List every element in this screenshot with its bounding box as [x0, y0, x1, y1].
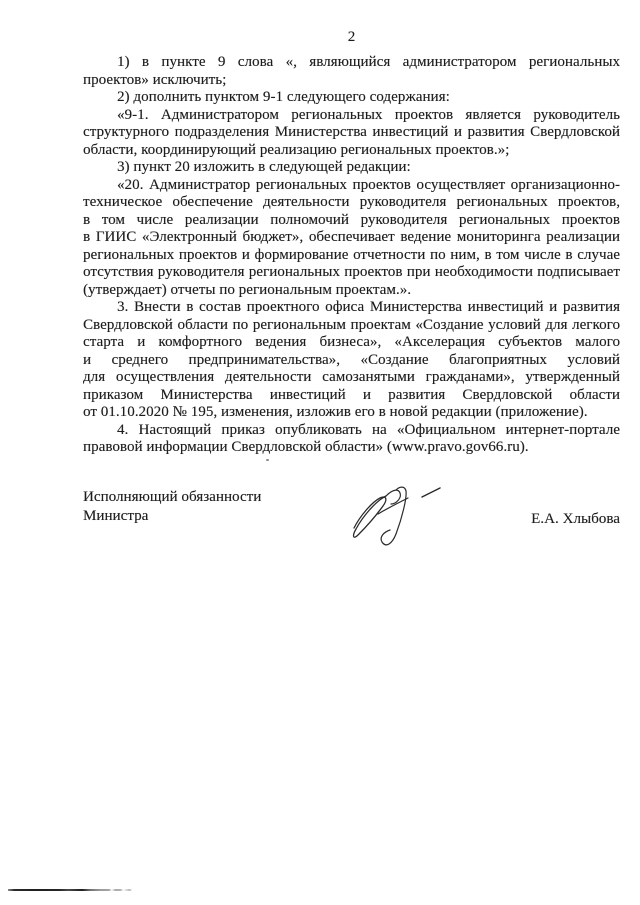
text-line: 4. Настоящий приказ опубликовать на «Офи… [83, 422, 620, 440]
text-line: старта и комфортного ведения бизнеса», «… [83, 334, 620, 352]
text-line: «9-1. Администратором региональных проек… [83, 107, 620, 125]
text-line: региональных проектов и формирование отч… [83, 247, 620, 265]
scan-ink-speck [266, 459, 269, 461]
text-line: в ГИИС «Электронный бюджет», обеспечивае… [83, 229, 620, 247]
text-line: приказом Министерства инвестиций и разви… [83, 387, 620, 405]
text-line: от 01.10.2020 № 195, изменения, изложив … [83, 404, 620, 422]
text-line: 3) пункт 20 изложить в следующей редакци… [83, 159, 620, 177]
signatory-role-line2: Министра [83, 507, 261, 526]
text-line: и среднего предпринимательства», «Создан… [83, 352, 620, 370]
text-line: «20. Администратор региональных проектов… [83, 177, 620, 195]
text-line: структурного подразделения Министерства … [83, 124, 620, 142]
scan-artifact-line [8, 889, 136, 891]
document-body: 1) в пункте 9 слова «, являющийся админи… [83, 54, 620, 457]
text-line: правовой информации Свердловской области… [83, 439, 620, 457]
scanned-document-page: 2 1) в пункте 9 слова «, являющийся адми… [0, 0, 640, 905]
text-line: (утверждает) отчеты по региональным прое… [83, 282, 620, 300]
text-line: 2) дополнить пунктом 9-1 следующего соде… [83, 89, 620, 107]
signatory-role: Исполняющий обязанности Министра [83, 488, 261, 525]
text-line: отсутствия руководителя региональных про… [83, 264, 620, 282]
page-number: 2 [83, 29, 620, 47]
text-line: техническое обеспечение деятельности рук… [83, 194, 620, 212]
text-line: Свердловской области по региональным про… [83, 317, 620, 335]
text-line: 3. Внести в состав проектного офиса Мини… [83, 299, 620, 317]
text-line: проектов» исключить; [83, 72, 620, 90]
signatory-name: Е.А. Хлыбова [420, 511, 620, 529]
text-line: 1) в пункте 9 слова «, являющийся админи… [83, 54, 620, 72]
signatory-role-line1: Исполняющий обязанности [83, 488, 261, 507]
text-line: для осуществления деятельности самозанят… [83, 369, 620, 387]
text-line: области, координирующий реализацию регио… [83, 142, 620, 160]
text-line: в том числе реализации полномочий руково… [83, 212, 620, 230]
